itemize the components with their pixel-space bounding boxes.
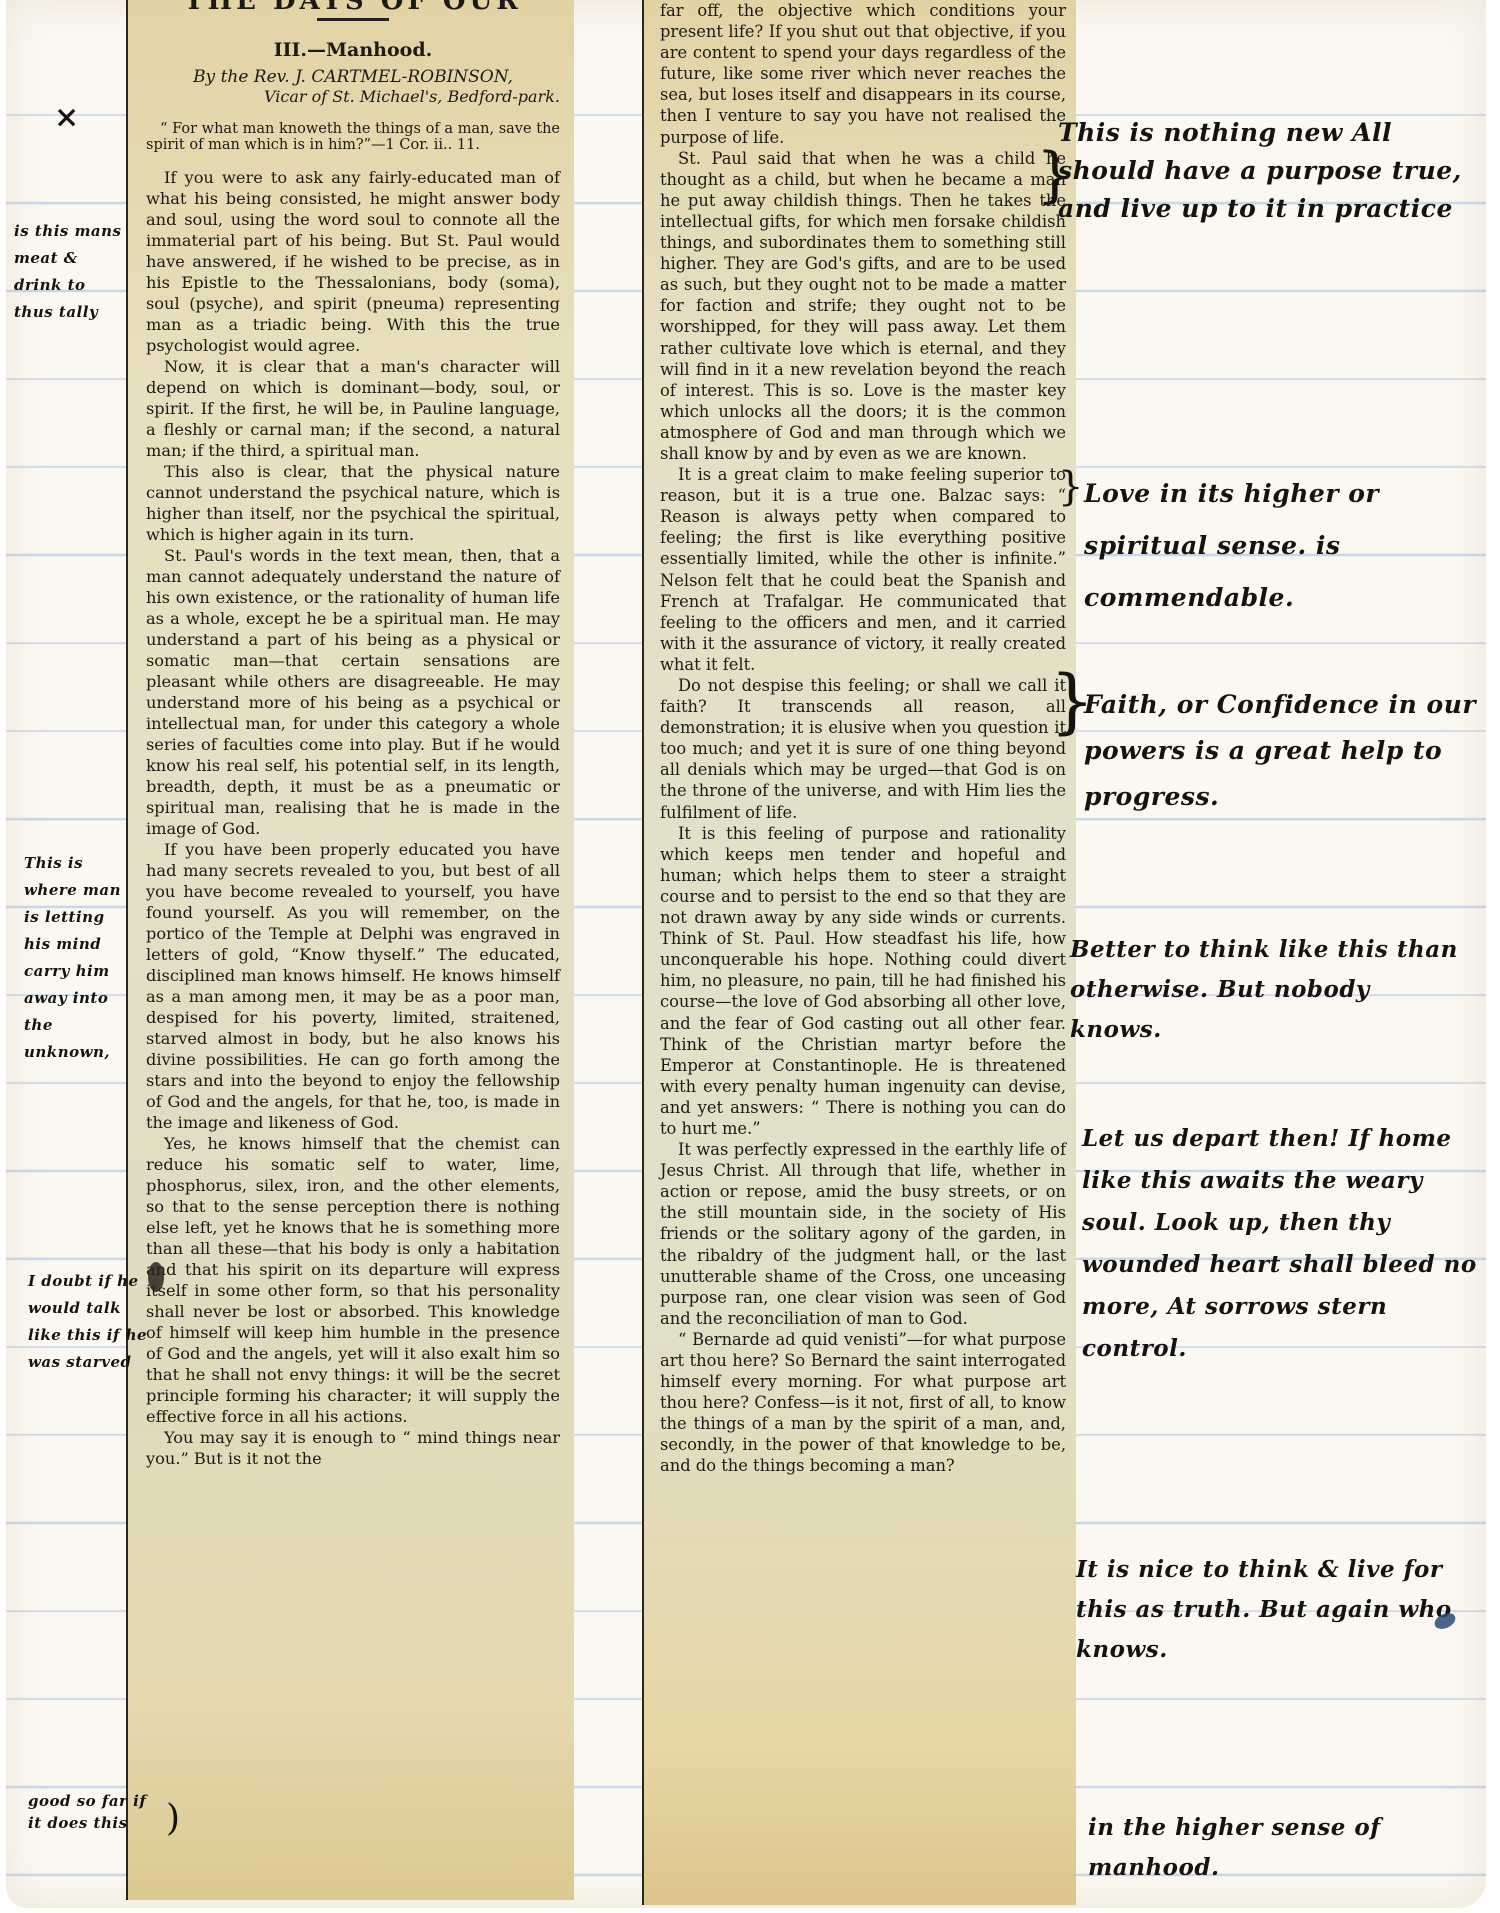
author-byline: By the Rev. J. CARTMEL-ROBINSON, bbox=[146, 67, 560, 87]
article-paragraph: It was perfectly expressed in the earthl… bbox=[660, 1139, 1066, 1329]
article-paragraph: If you have been properly educated you h… bbox=[146, 839, 560, 1133]
article-paragraph: This also is clear, that the physical na… bbox=[146, 461, 560, 545]
article-paragraph: It is a great claim to make feeling supe… bbox=[660, 464, 1066, 675]
handwritten-note-left: is this mans meat & drink to thus tally bbox=[14, 218, 122, 326]
section-title: III.—Manhood. bbox=[146, 39, 560, 61]
handwritten-note-left: good so far if it does this bbox=[28, 1790, 148, 1834]
ink-blot bbox=[148, 1262, 164, 1292]
article-paragraph: Do not despise this feeling; or shall we… bbox=[660, 675, 1066, 823]
author-role: Vicar of St. Michael's, Bedford-park. bbox=[146, 87, 560, 106]
newspaper-clipping-column-1: THE DAYS OF OUR LIFE. III.—Manhood. By t… bbox=[126, 0, 574, 1900]
handwritten-note-right: It is nice to think & live for this as t… bbox=[1076, 1550, 1476, 1670]
article-paragraph: Now, it is clear that a man's character … bbox=[146, 356, 560, 461]
article-paragraph: St. Paul said that when he was a child h… bbox=[660, 148, 1066, 464]
brace-mark: } bbox=[1058, 464, 1083, 510]
handwritten-note-right: Faith, or Confidence in our powers is a … bbox=[1084, 682, 1484, 820]
notebook-page: THE DAYS OF OUR LIFE. III.—Manhood. By t… bbox=[6, 0, 1486, 1908]
masthead-divider bbox=[317, 18, 389, 21]
article-paragraph: You may say it is enough to “ mind thing… bbox=[146, 1427, 560, 1469]
handwritten-note-right: Better to think like this than otherwise… bbox=[1070, 930, 1460, 1050]
clipping-masthead: THE DAYS OF OUR LIFE. bbox=[146, 0, 560, 10]
handwritten-note-left: This is where man is letting his mind ca… bbox=[24, 850, 134, 1066]
handwritten-note-right: This is nothing new All should have a pu… bbox=[1058, 114, 1488, 228]
article-paragraph: St. Paul's words in the text mean, then,… bbox=[146, 545, 560, 839]
handwritten-note-left: I doubt if he would talk like this if he… bbox=[28, 1268, 148, 1376]
newspaper-clipping-column-2: far off, the objective which conditions … bbox=[642, 0, 1076, 1905]
handwritten-note-right: in the higher sense of manhood. bbox=[1088, 1808, 1428, 1888]
article-paragraph: If you were to ask any fairly-educated m… bbox=[146, 167, 560, 356]
article-paragraph: Yes, he knows himself that the chemist c… bbox=[146, 1133, 560, 1427]
handwritten-note-right: Love in its higher or spiritual sense. i… bbox=[1084, 468, 1464, 624]
article-paragraph: It is this feeling of purpose and ration… bbox=[660, 823, 1066, 1139]
brace-mark: ) bbox=[166, 1798, 180, 1839]
article-paragraph: “ Bernarde ad quid venisti”—for what pur… bbox=[660, 1329, 1066, 1477]
margin-cross-mark: × bbox=[54, 100, 80, 135]
handwritten-verse: Let us depart then! If home like this aw… bbox=[1082, 1118, 1492, 1370]
epigraph-quote: “ For what man knoweth the things of a m… bbox=[146, 121, 560, 153]
article-paragraph: far off, the objective which conditions … bbox=[660, 0, 1066, 148]
